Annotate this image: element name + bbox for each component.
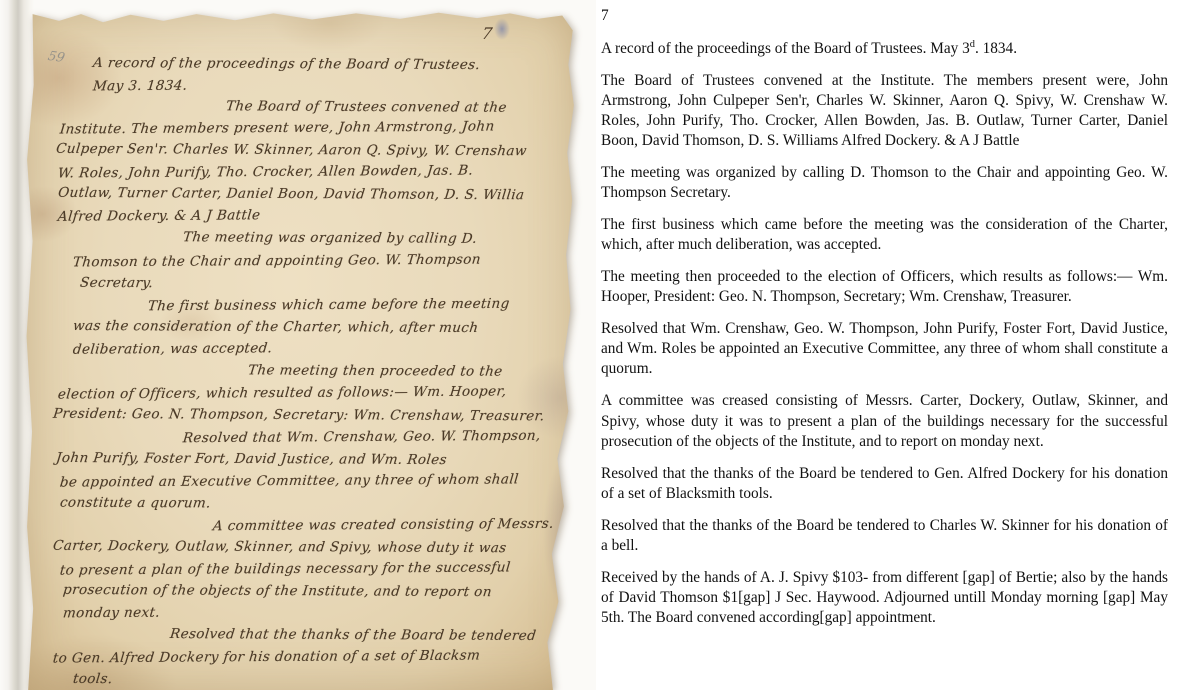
- manuscript-line: to present a plan of the buildings neces…: [59, 559, 511, 578]
- manuscript-line: Alfred Dockery. & A J Battle: [57, 207, 261, 224]
- manuscript-page-number: 7: [481, 24, 494, 43]
- manuscript-line: tools.: [72, 671, 113, 687]
- manuscript-line: Outlaw, Turner Carter, Daniel Boon, Davi…: [57, 185, 525, 203]
- manuscript-line: Carter, Dockery, Outlaw, Skinner, and Sp…: [52, 538, 507, 556]
- paragraph-text: A record of the proceedings of the Board…: [601, 40, 970, 57]
- manuscript-line: John Purify, Foster Fort, David Justice,…: [55, 450, 448, 468]
- transcription-page-number: 7: [601, 6, 1168, 26]
- manuscript-line: A committee was created consisting of Me…: [212, 516, 554, 534]
- transcription-panel: 7 A record of the proceedings of the Boa…: [601, 6, 1168, 640]
- manuscript-line: The meeting then proceeded to the: [247, 362, 503, 379]
- manuscript-line: Secretary.: [79, 275, 154, 291]
- manuscript-scan: 7 59 A record of the proceedings of the …: [0, 0, 596, 690]
- manuscript-line: deliberation, was accepted.: [72, 340, 273, 357]
- manuscript-line: election of Officers, which resulted as …: [57, 383, 507, 402]
- manuscript-line: be appointed an Executive Committee, any…: [59, 471, 520, 490]
- manuscript-line: President: Geo. N. Thompson, Secretary: …: [52, 406, 545, 425]
- manuscript-line: Thomson to the Chair and appointing Geo.…: [72, 252, 482, 271]
- transcription-paragraph: A record of the proceedings of the Board…: [601, 39, 1168, 59]
- manuscript-line: prosecution of the objects of the Instit…: [62, 582, 493, 600]
- manuscript-paper-wrap: 7 59 A record of the proceedings of the …: [26, 10, 576, 690]
- manuscript-line: Culpeper Sen'r. Charles W. Skinner, Aaro…: [55, 141, 527, 159]
- manuscript-line: Resolved that the thanks of the Board be…: [169, 626, 537, 644]
- transcription-paragraph: A committee was creased consisting of Me…: [601, 391, 1168, 451]
- manuscript-line: was the consideration of the Charter, wh…: [72, 318, 479, 336]
- transcription-paragraph: Resolved that Wm. Crenshaw, Geo. W. Thom…: [601, 319, 1168, 379]
- transcription-paragraph: The meeting was organized by calling D. …: [601, 163, 1168, 203]
- manuscript-line: to Gen. Alfred Dockery for his donation …: [52, 648, 481, 667]
- manuscript-line: constitute a quorum.: [59, 495, 212, 512]
- manuscript-line: W. Roles, John Purify, Tho. Crocker, All…: [57, 163, 474, 182]
- manuscript-line: Resolved that Wm. Crenshaw, Geo. W. Thom…: [182, 428, 541, 446]
- transcription-paragraph: The meeting then proceeded to the electi…: [601, 267, 1168, 307]
- transcription-paragraph: Resolved that the thanks of the Board be…: [601, 516, 1168, 556]
- paragraph-text: . 1834.: [975, 40, 1017, 57]
- manuscript-line: May 3. 1834.: [92, 78, 188, 95]
- transcription-paragraph: Received by the hands of A. J. Spivy $10…: [601, 568, 1168, 628]
- manuscript-line: monday next.: [62, 605, 161, 622]
- manuscript-line: Institute. The members present were, Joh…: [59, 118, 495, 137]
- transcription-paragraph: Resolved that the thanks of the Board be…: [601, 464, 1168, 504]
- pencil-mark: 59: [46, 49, 66, 66]
- transcription-paragraph: The first business which came before the…: [601, 215, 1168, 255]
- manuscript-line: The Board of Trustees convened at the: [225, 98, 507, 115]
- transcription-paragraph: The Board of Trustees convened at the In…: [601, 71, 1168, 151]
- manuscript-paper: 7 59 A record of the proceedings of the …: [26, 10, 576, 690]
- manuscript-line: The first business which came before the…: [147, 296, 510, 315]
- manuscript-line: The meeting was organized by calling D.: [182, 229, 478, 247]
- ink-smudge: [494, 18, 510, 40]
- manuscript-line: A record of the proceedings of the Board…: [92, 55, 481, 73]
